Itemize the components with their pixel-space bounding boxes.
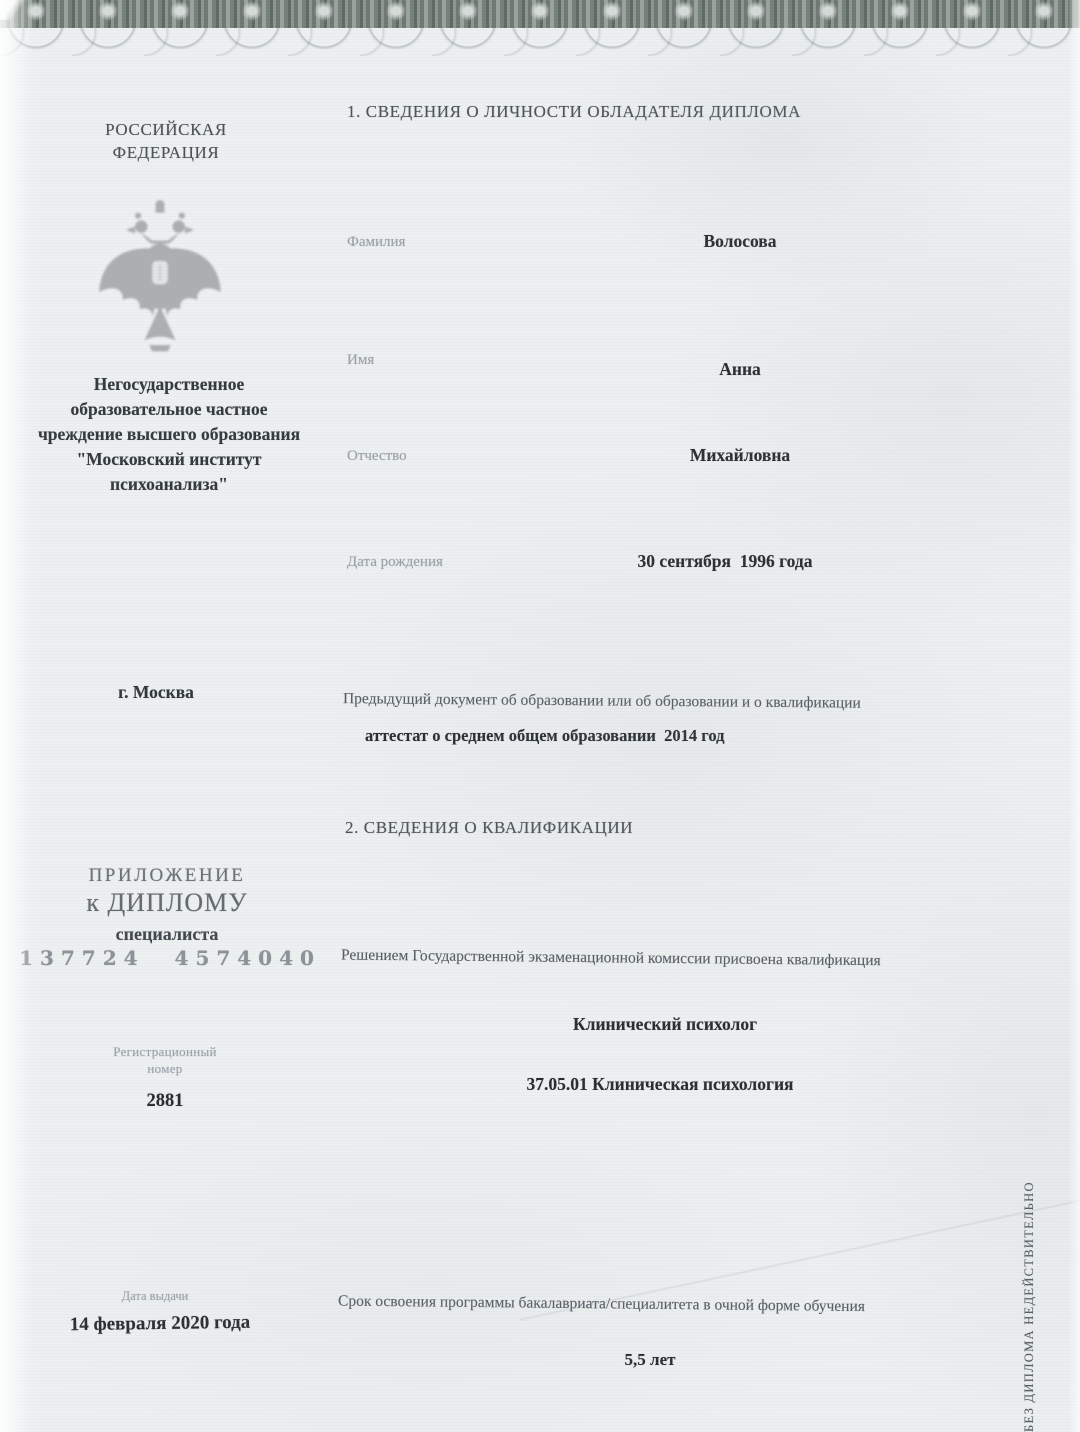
registration-label-line2: номер: [30, 1060, 300, 1077]
qualification-value: Клинический психолог: [430, 1014, 900, 1035]
institution-line: чреждение высшего образования: [0, 422, 338, 447]
institution-line: психоанализа": [0, 472, 338, 497]
qualification-intro: Решением Государственной экзаменационной…: [341, 947, 1006, 972]
institution-line: образовательное частное: [0, 397, 338, 422]
city: г. Москва: [0, 682, 312, 703]
birthdate-label: Дата рождения: [347, 554, 443, 571]
registration-label-line1: Регистрационный: [30, 1043, 300, 1060]
study-term-label: Срок освоения программы бакалавриата/спе…: [338, 1293, 998, 1318]
firstname-label: Имя: [347, 352, 374, 369]
supplement-title-line2: к ДИПЛОМУ: [0, 888, 334, 918]
institution-name: Негосударственное образовательное частно…: [0, 372, 338, 497]
supplement-title-line3: специалиста: [0, 924, 334, 945]
previous-document-value: аттестат о среднем общем образовании 201…: [365, 726, 965, 746]
specialty-value: 37.05.01 Клиническая психология: [380, 1074, 940, 1095]
surname-value: Волосова: [620, 231, 860, 252]
institution-line: "Московский институт: [0, 447, 338, 472]
registration-number: 2881: [30, 1091, 300, 1112]
issue-date-label: Дата выдачи: [20, 1289, 290, 1304]
supplement-title-line1: ПРИЛОЖЕНИЕ: [0, 865, 334, 887]
institution-line: Негосударственное: [0, 372, 338, 397]
patronymic-value: Михайловна: [620, 445, 860, 466]
surname-label: Фамилия: [347, 234, 405, 251]
section1-title: 1. СВЕДЕНИЯ О ЛИЧНОСТИ ОБЛАДАТЕЛЯ ДИПЛОМ…: [347, 102, 947, 122]
issue-date: 14 февраля 2020 года: [10, 1311, 310, 1337]
country-line2: ФЕДЕРАЦИЯ: [0, 141, 332, 164]
previous-document-label: Предыдущий документ об образовании или о…: [343, 690, 998, 714]
country-line1: РОССИЙСКАЯ: [0, 118, 332, 141]
security-edge-note: БЕЗ ДИПЛОМА НЕДЕЙСТВИТЕЛЬНО: [1022, 1146, 1037, 1432]
coat-of-arms-icon: [82, 192, 238, 372]
blank-serial-number: 137724 4574040: [0, 946, 340, 970]
document-content: РОССИЙСКАЯ ФЕДЕРАЦИЯ: [0, 0, 1080, 1432]
patronymic-label: Отчество: [347, 448, 407, 465]
section2-title: 2. СВЕДЕНИЯ О КВАЛИФИКАЦИИ: [345, 818, 845, 838]
country-title: РОССИЙСКАЯ ФЕДЕРАЦИЯ: [0, 118, 332, 164]
diploma-supplement-scan: РОССИЙСКАЯ ФЕДЕРАЦИЯ: [0, 0, 1080, 1432]
firstname-value: Анна: [640, 359, 840, 380]
study-term-value: 5,5 лет: [430, 1350, 870, 1370]
birthdate-value: 30 сентября 1996 года: [560, 551, 890, 572]
registration-number-label: Регистрационный номер: [30, 1043, 300, 1077]
